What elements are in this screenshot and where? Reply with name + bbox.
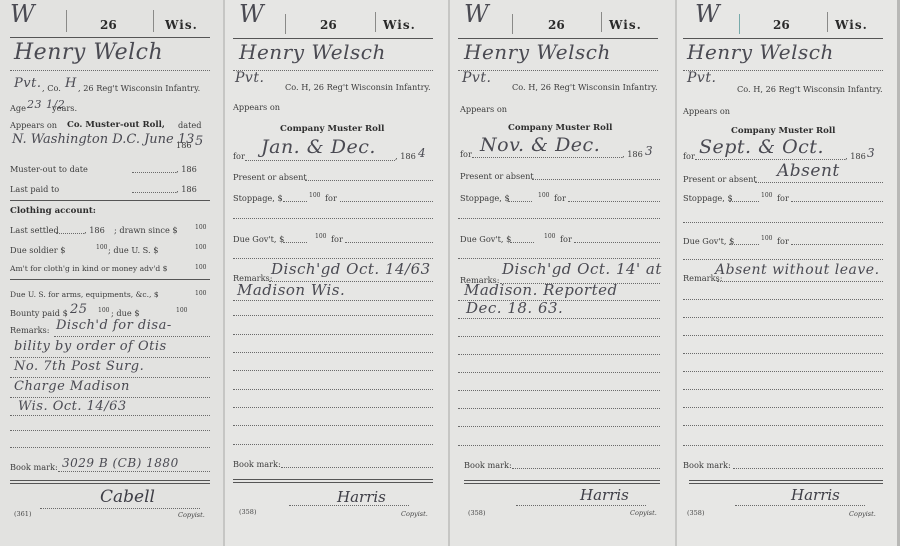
state-abbrev: Wis.: [165, 18, 198, 32]
muster-roll-card: W 26 Wis. Henry Welsch Pvt. Co. H, 26 Re…: [450, 0, 677, 546]
copyist-label: Copyist.: [178, 511, 205, 519]
year-suffix: 4: [418, 146, 426, 160]
muster-roll-card: W 26 Wis. Henry Welsch Pvt. Co. H, 26 Re…: [225, 0, 450, 546]
age-label: Age: [10, 103, 26, 113]
soldier-name: Henry Welch: [14, 40, 163, 65]
present-absent-label: Present or absent: [460, 171, 534, 181]
stoppage-label: Stoppage, $: [233, 193, 283, 203]
unit-line: , 26 Reg't Wisconsin Infantry.: [78, 83, 200, 93]
roll-type: Company Muster Roll: [280, 124, 384, 134]
remarks-line: Madison Wis.: [237, 281, 345, 299]
form-number: (358): [687, 509, 704, 517]
for-label: for: [460, 149, 472, 159]
remarks-line: Dec. 18. 63.: [466, 299, 563, 317]
appears-on-label: Appears on: [683, 106, 730, 116]
muster-card-strip: W 26 Wis. Henry Welch Pvt. , Co. H , 26 …: [0, 0, 900, 546]
for-small: for: [777, 193, 789, 203]
for-label: for: [683, 151, 695, 161]
stoppage-label: Stoppage, $: [460, 193, 510, 203]
remarks-line: Disch'gd Oct. 14' at: [502, 260, 662, 278]
appears-on-label: Appears on: [233, 102, 280, 112]
cents-mark: 100: [544, 233, 555, 240]
year-prefix: , 186: [845, 151, 866, 161]
state-abbrev: Wis.: [383, 18, 416, 32]
remarks-line: Wis. Oct. 14/63: [18, 399, 127, 414]
copyist-label: Copyist.: [401, 510, 428, 518]
state-abbrev: Wis.: [609, 18, 642, 32]
form-number: (358): [239, 508, 256, 516]
bounty-paid-label: Bounty paid $: [10, 308, 68, 318]
roll-period: Jan. & Dec.: [261, 136, 376, 158]
co-label: , Co.: [42, 83, 61, 93]
state-abbrev: Wis.: [835, 18, 868, 32]
copyist-signature: Harris: [791, 486, 840, 504]
present-absent-label: Present or absent: [233, 172, 307, 182]
last-settled-year: , 186: [84, 225, 105, 235]
muster-roll-card: W 26 Wis. Henry Welsch Pvt. Co. H, 26 Re…: [677, 0, 900, 546]
bounty-paid-value: 25: [70, 302, 88, 317]
due-us-arms-label: Due U. S. for arms, equipments, &c., $: [10, 290, 159, 299]
book-mark-value: 3029 B (CB) 1880: [62, 456, 179, 470]
year-suffix: 3: [867, 146, 875, 160]
roll-type: Company Muster Roll: [731, 126, 835, 136]
remarks-line: Disch'd for disa-: [56, 318, 172, 333]
for-small: for: [554, 193, 566, 203]
regiment-number: 26: [100, 18, 117, 32]
remarks-line: bility by order of Otis: [14, 339, 167, 354]
dated-year-suffix: 5: [195, 134, 204, 149]
cents-mark: 100: [96, 244, 107, 251]
roll-type: Co. Muster-out Roll,: [67, 120, 165, 130]
book-mark-label: Book mark:: [10, 462, 58, 472]
soldier-name: Henry Welsch: [239, 40, 386, 64]
dated-label: dated: [178, 120, 202, 130]
remarks-label: Remarks:: [10, 325, 50, 335]
rank: Pvt.: [14, 76, 41, 91]
rank: Pvt.: [687, 70, 716, 86]
roll-period: Sept. & Oct.: [699, 136, 824, 158]
rank: Pvt.: [235, 70, 264, 86]
dated-year-prefix: 186: [176, 140, 192, 150]
present-absent-value: Absent: [777, 161, 840, 181]
bounty-due-label: ; due $: [111, 308, 140, 318]
due-govt-label: Due Gov't, $: [683, 236, 734, 246]
clothing-account-label: Clothing account:: [10, 206, 96, 216]
year-suffix: 3: [645, 144, 653, 158]
unit-line: Co. H, 26 Reg't Wisconsin Infantry.: [737, 84, 883, 94]
remarks-line: Disch'gd Oct. 14/63: [271, 260, 431, 278]
appears-on-label: Appears on: [10, 120, 57, 130]
cents-mark: 100: [309, 192, 320, 199]
year-prefix: , 186: [622, 149, 643, 159]
amt-clothing-label: Am't for cloth'g in kind or money adv'd …: [10, 264, 168, 273]
cents-mark: 100: [761, 235, 772, 242]
last-paid-year: , 186: [176, 184, 197, 194]
book-mark-label: Book mark:: [233, 459, 281, 469]
regiment-number: 26: [548, 18, 565, 32]
remarks-line: Absent without leave.: [715, 262, 880, 278]
drawn-since-label: ; drawn since $: [114, 225, 178, 235]
present-absent-label: Present or absent: [683, 174, 757, 184]
for-small: for: [560, 234, 572, 244]
book-mark-label: Book mark:: [464, 460, 512, 470]
initial-letter: W: [464, 0, 489, 28]
last-paid-label: Last paid to: [10, 184, 59, 194]
form-number: (358): [468, 509, 485, 517]
initial-letter: W: [239, 0, 264, 28]
cents-mark: 100: [195, 224, 206, 231]
copyist-signature: Cabell: [100, 487, 155, 507]
remarks-line: No. 7th Post Surg.: [14, 359, 144, 374]
initial-letter: W: [695, 0, 720, 28]
cents-mark: 100: [195, 290, 206, 297]
copyist-label: Copyist.: [630, 509, 657, 517]
dated-value: N. Washington D.C. June 13: [12, 132, 194, 147]
due-soldier-label: Due soldier $: [10, 245, 65, 255]
cents-mark: 100: [195, 264, 206, 271]
cents-mark: 100: [195, 244, 206, 251]
cents-mark: 100: [761, 192, 772, 199]
company-letter: H: [65, 76, 77, 91]
regiment-number: 26: [773, 18, 790, 32]
regiment-number: 26: [320, 18, 337, 32]
initial-letter: W: [10, 0, 35, 28]
cents-mark: 100: [176, 307, 187, 314]
remarks-line: Madison. Reported: [464, 281, 618, 299]
form-number: (361): [14, 510, 31, 518]
stoppage-label: Stoppage, $: [683, 193, 733, 203]
cents-mark: 100: [538, 192, 549, 199]
cents-mark: 100: [98, 307, 109, 314]
roll-type: Company Muster Roll: [508, 123, 612, 133]
last-settled-label: Last settled: [10, 225, 59, 235]
unit-line: Co. H, 26 Reg't Wisconsin Infantry.: [512, 82, 658, 92]
book-mark-label: Book mark:: [683, 460, 731, 470]
copyist-label: Copyist.: [849, 510, 876, 518]
due-govt-label: Due Gov't, $: [460, 234, 511, 244]
for-small: for: [331, 234, 343, 244]
copyist-signature: Harris: [580, 486, 629, 504]
appears-on-label: Appears on: [460, 104, 507, 114]
muster-out-year: , 186: [176, 164, 197, 174]
years-label: years.: [52, 103, 77, 113]
for-label: for: [233, 151, 245, 161]
cents-mark: 100: [315, 233, 326, 240]
muster-out-label: Muster-out to date: [10, 164, 88, 174]
due-govt-label: Due Gov't, $: [233, 234, 284, 244]
soldier-name: Henry Welsch: [687, 40, 834, 64]
remarks-line: Charge Madison: [14, 379, 130, 394]
muster-out-card: W 26 Wis. Henry Welch Pvt. , Co. H , 26 …: [0, 0, 225, 546]
due-us-label: ; due U. S. $: [108, 245, 158, 255]
copyist-signature: Harris: [337, 488, 386, 506]
rank: Pvt.: [462, 70, 491, 86]
for-small: for: [777, 236, 789, 246]
for-small: for: [325, 193, 337, 203]
year-prefix: , 186: [395, 151, 416, 161]
soldier-name: Henry Welsch: [464, 40, 611, 64]
unit-line: Co. H, 26 Reg't Wisconsin Infantry.: [285, 82, 431, 92]
roll-period: Nov. & Dec.: [480, 134, 600, 156]
